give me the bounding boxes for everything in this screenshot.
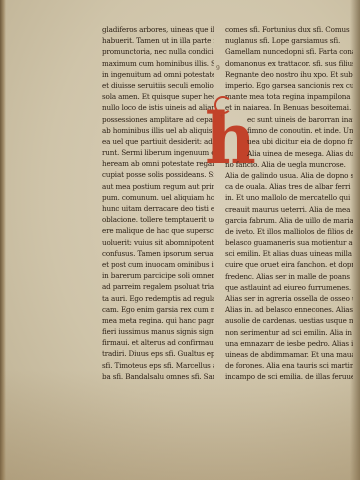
- manuscript-line: in ingenuitum ad omni potestate regum.: [102, 69, 214, 80]
- manuscript-line: ca de ouala. Alias tres de albar ferri: [225, 181, 353, 192]
- manuscript-line: uineas de abdimmamar. Et una maualle: [225, 349, 353, 360]
- manuscript-line: Gamellam nuncedopni sfi. Farta cona: [225, 46, 353, 57]
- manuscript-line: domanonus ex trattacor. sfi. sus filius.: [225, 58, 353, 69]
- manuscript-line: ere malique de hac que superscripsimus: [102, 225, 214, 236]
- manuscript-line: ba sfi. Bandalsalu omnes sfi. Samoe: [102, 371, 214, 382]
- manuscript-line: Alias in. ad belasco ennecones. Alias ii…: [225, 304, 353, 315]
- manuscript-line: oblacione. tollere temptauerit uel commu: [102, 214, 214, 225]
- manuscript-line: firmaui. et alterus ad confirmauamentum: [102, 337, 214, 348]
- manuscript-line: ausolie de cardenas. uestias usque modo: [225, 315, 353, 326]
- manuscript-line: in barerum parcicipe soli omnerisus luce: [102, 270, 214, 281]
- manuscript-line: maximum cum hominibus illis. Sibium: [102, 58, 214, 69]
- manuscript-line: uea ubi dicitur eia de dopno fredelanos.: [225, 136, 353, 147]
- manuscript-line: possessiones amplitare ad ceparate: [102, 114, 214, 125]
- manuscript-line: imperio. Ego garsea sancionis rex cum: [225, 80, 353, 91]
- manuscript-line: confusus. Tamen ipsorum seruatis.: [102, 248, 214, 259]
- manuscript-line: in. Et uno mallolo de mercatello qui: [225, 192, 353, 203]
- parchment-stain: [0, 370, 360, 480]
- manuscript-line: hunc uitam derracare deo tisti eius: [102, 203, 214, 214]
- manuscript-line: cam. Ego enim garsia rex cum mane: [102, 304, 214, 315]
- manuscript-line: ta auri. Ego redemptis ad regula dupla: [102, 293, 214, 304]
- manuscript-line: Regnante deo nostro ihu xpo. Et sub eius: [225, 69, 353, 80]
- manuscript-line: sola amen. Et quisque super hec magis: [102, 91, 214, 102]
- manuscript-page: gladiferos arbores, uineas que illihabue…: [0, 0, 360, 480]
- manuscript-line: de forones. Alia ena tauris sci martini: [225, 360, 353, 371]
- manuscript-line: ab hominibus illis uel ab aliquis potuer…: [102, 125, 214, 136]
- manuscript-line: Alia uinea de mesega. Alias duas ecclis: [225, 148, 353, 159]
- manuscript-line: fimno de conoutin. et inde. Una in: [225, 125, 353, 136]
- manuscript-line: nullo loco de istis uineis ad aliam: [102, 102, 214, 113]
- manuscript-line: nuglanus sfi. Lope garsiamus sfi.: [225, 35, 353, 46]
- manuscript-line: comes sfi. Fortunius dux sfi. Comus: [225, 24, 353, 35]
- manuscript-line: habuerit. Tamen ut in illa parte nec: [102, 35, 214, 46]
- manuscript-line: belasco guamaneris sua motientur ad: [225, 237, 353, 248]
- manuscript-line: promunctoria, nec nulla condicione: [102, 46, 214, 57]
- manuscript-line: ea uel que partiuit desiderit: ad quiste: [102, 136, 214, 147]
- manuscript-line: tradiri. Diuus eps sfi. Gualtus eps: [102, 348, 214, 359]
- manuscript-line: mea meta regina. qui hanc pagnam: [102, 315, 214, 326]
- manuscript-line: runt. Sermi liberum ingenuum cum: [102, 147, 214, 158]
- manuscript-line: creauit maurus ueterri. Alia de mea: [225, 204, 353, 215]
- manuscript-line: fredenc. Alias ser in malle de poans: [225, 271, 353, 282]
- manuscript-line: pum. comunum. uel aliquiam hominum.: [102, 192, 214, 203]
- manuscript-line: aut mea postium regum aut prin: [102, 181, 214, 192]
- manuscript-line: sci emilin. Et alias duas uineas milla: [225, 248, 353, 259]
- manuscript-line: fieri iussimus manus signis signos ++: [102, 326, 214, 337]
- manuscript-line: et post cum inuocam ominibus inuster: [102, 259, 214, 270]
- manuscript-line: ad parreim regalem psoluat tria talem: [102, 281, 214, 292]
- manuscript-line: no fancio. Alia de uegla muncrose.: [225, 159, 353, 170]
- marginal-cross: +: [219, 113, 224, 120]
- manuscript-line: garcia fabrum. Alia de uillo de maria: [225, 215, 353, 226]
- manuscript-line: incampo de sci emilia. de illas feruues: [225, 371, 353, 382]
- manuscript-line: de iveto. Et illos malliolos de filios d…: [225, 226, 353, 237]
- manuscript-line: cuire que oruet eira fanchon. et dopno: [225, 259, 353, 270]
- manuscript-line: que astlauint ad eiureo furrumenes.: [225, 282, 353, 293]
- manuscript-line: Alia de galindo usua. Alia de dopno sin: [225, 170, 353, 181]
- manuscript-line: una emnazarr de iesbe pedro. Alias in: [225, 338, 353, 349]
- manuscript-line: ec sunt uineis de barorran inatu: [225, 114, 353, 125]
- manuscript-line: Alias ser in agreria ossella de osseo ui…: [225, 293, 353, 304]
- manuscript-line: gladiferos arbores, uineas que illi: [102, 24, 214, 35]
- manuscript-line: uoluerit: vuius sit abomnipotente deo: [102, 237, 214, 248]
- marginal-note: 9: [216, 65, 220, 72]
- left-text-column: gladiferos arbores, uineas que illihabue…: [102, 24, 214, 382]
- manuscript-line: cupiat posse solis possideans. Si quis: [102, 169, 214, 180]
- manuscript-line: heream ab omni potestate regali: eum: [102, 158, 214, 169]
- manuscript-line: non serimentur ad sci emilin. Alia in: [225, 327, 353, 338]
- manuscript-line: sfi. Timoteus eps sfi. Marcellus ab: [102, 360, 214, 371]
- right-text-column-bottom: ec sunt uineis de barorran inatufimno de…: [225, 114, 353, 383]
- manuscript-line: et diuisse seruitiis seculi emolio genit…: [102, 80, 214, 91]
